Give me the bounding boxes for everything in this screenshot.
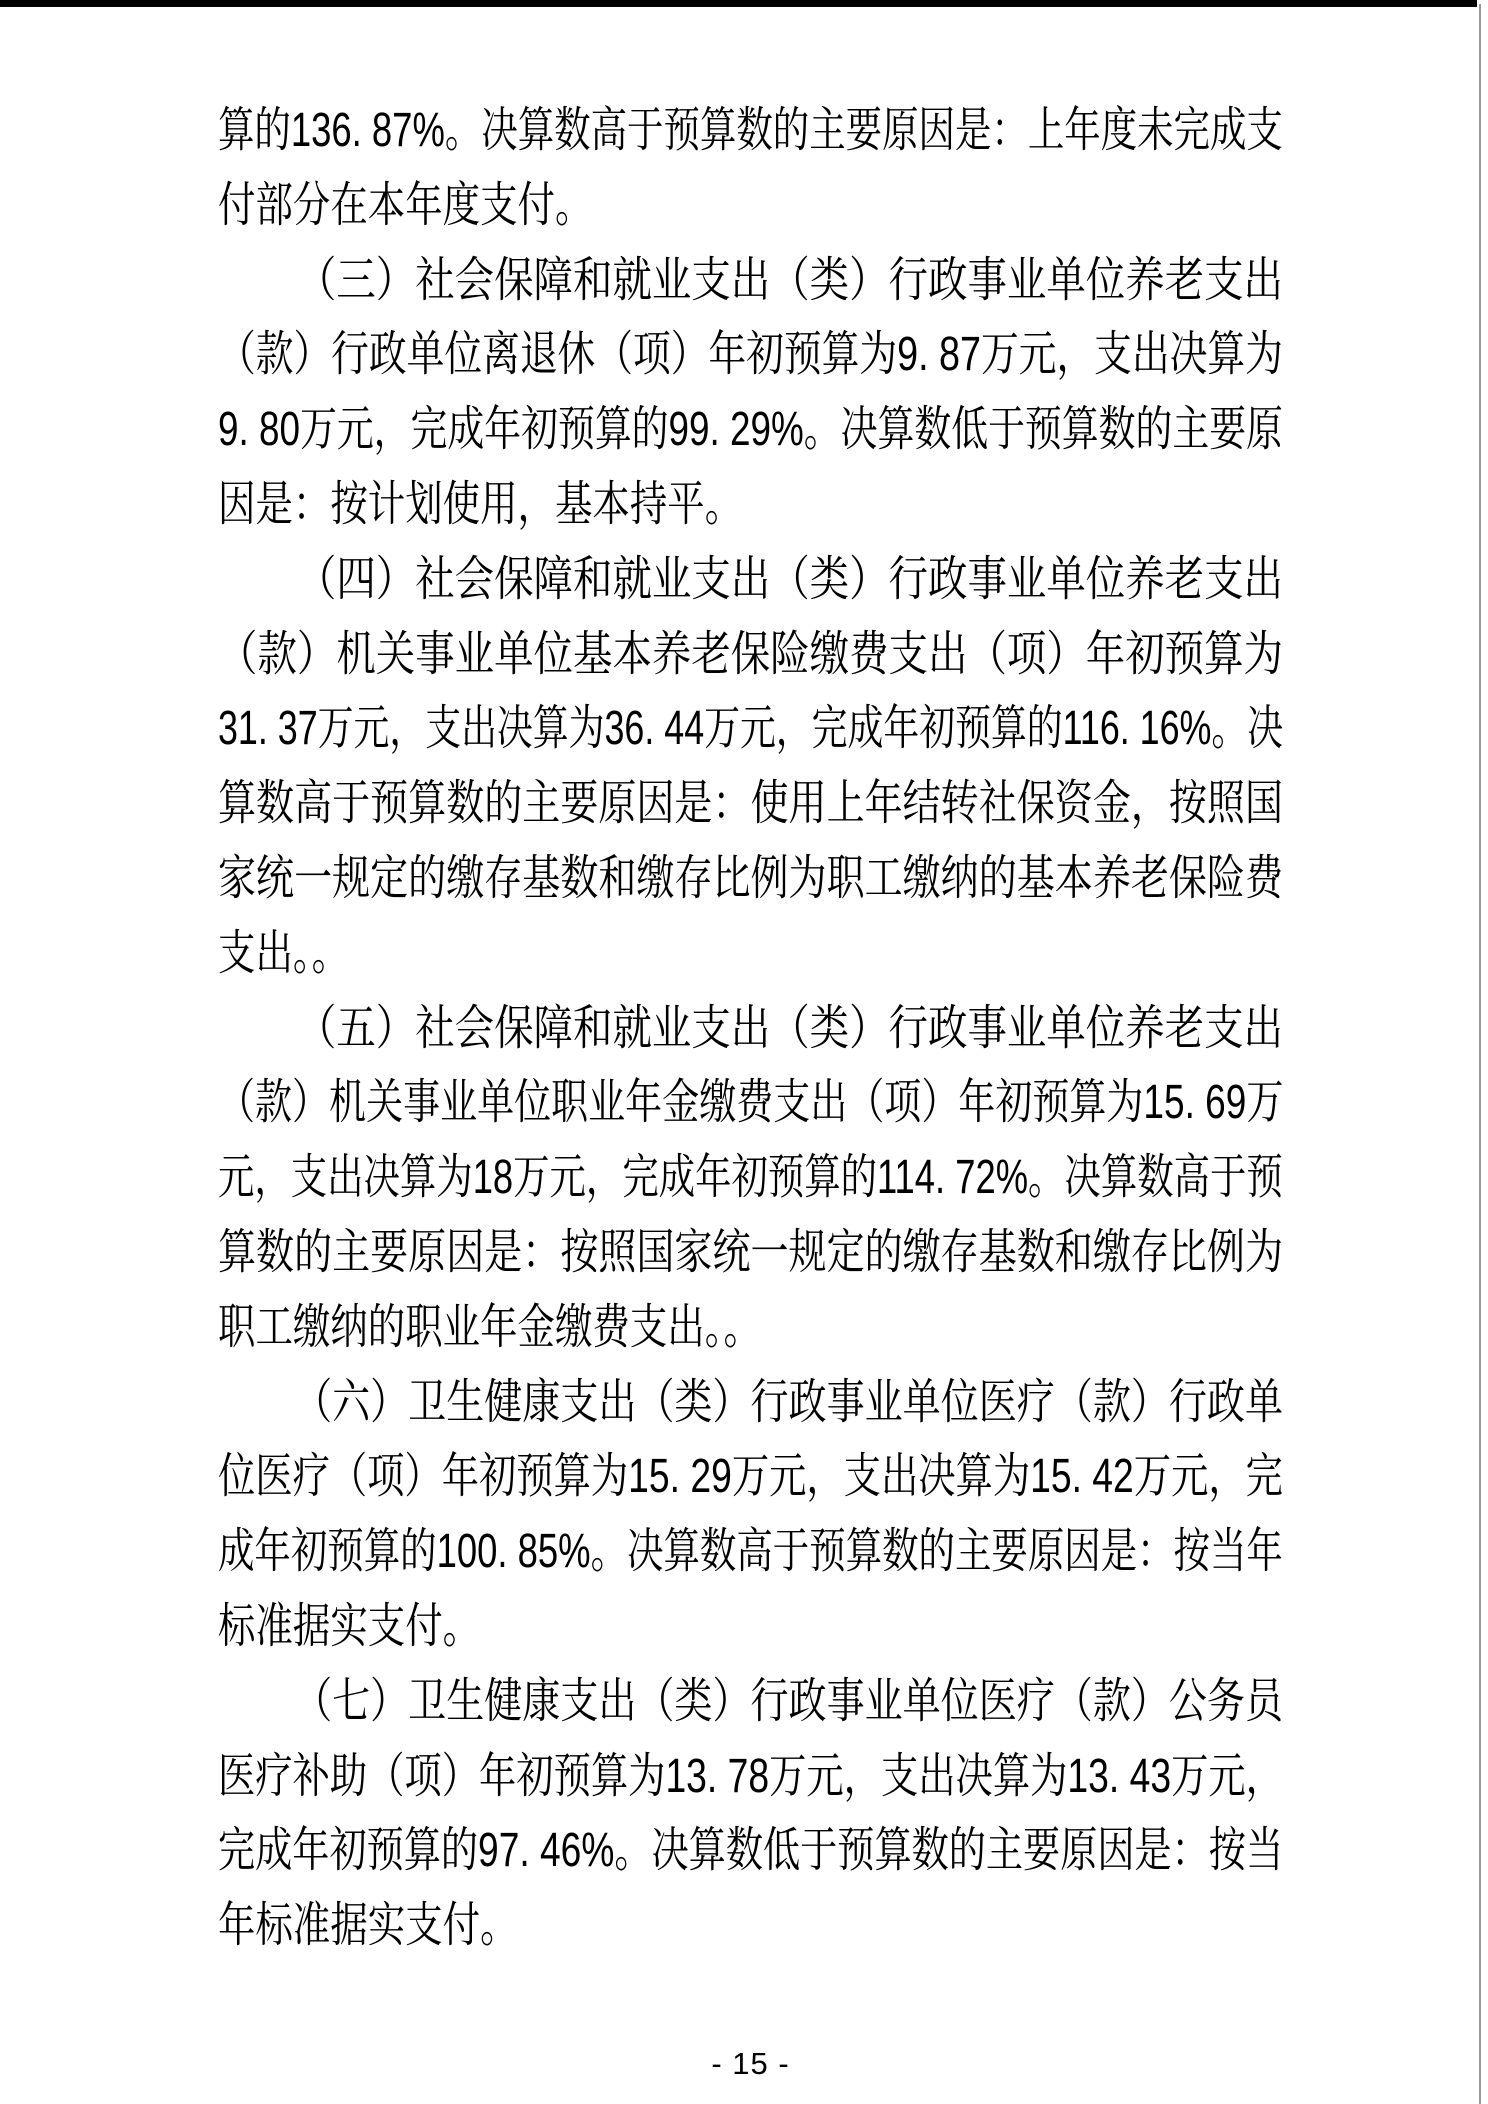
text-line-content: 付部分在本年度支付。 [218,169,592,244]
document-page: 算的136. 87%。决算数高于预算数的主要原因是：上年度未完成支付部分在本年度… [0,0,1488,2104]
text-line-content: 算的136. 87%。决算数高于预算数的主要原因是：上年度未完成支 [218,94,1283,169]
text-line-content: 完成年初预算的97. 46%。决算数低于预算数的主要原因是：按当 [218,1814,1283,1889]
text-line: （四）社会保障和就业支出（类）行政事业单位养老支出 [218,543,1283,618]
text-line-content: （五）社会保障和就业支出（类）行政事业单位养老支出 [218,992,1283,1067]
text-line: （五）社会保障和就业支出（类）行政事业单位养老支出 [218,992,1283,1067]
text-line-content: （款）机关事业单位职业年金缴费支出（项）年初预算为15. 69万 [218,1066,1283,1141]
page-number: - 15 - [218,2046,1283,2082]
text-line-content: 标准据实支付。 [218,1590,480,1665]
page-top-edge-bar [0,0,1477,7]
text-line: 算数高于预算数的主要原因是：使用上年结转社保资金，按照国 [218,767,1283,842]
text-line-content: （款）行政单位离退休（项）年初预算为9. 87万元，支出决算为 [218,318,1283,393]
text-line: （七）卫生健康支出（类）行政事业单位医疗（款）公务员 [218,1665,1283,1740]
text-line: （款）行政单位离退休（项）年初预算为9. 87万元，支出决算为 [218,318,1283,393]
text-line: 年标准据实支付。 [218,1889,1283,1964]
text-line: 成年初预算的100. 85%。决算数高于预算数的主要原因是：按当年 [218,1515,1283,1590]
text-line-content: 算数的主要原因是：按照国家统一规定的缴存基数和缴存比例为 [218,1216,1283,1291]
text-line-content: 职工缴纳的职业年金缴费支出。。 [218,1291,761,1366]
text-line-content: 9. 80万元，完成年初预算的99. 29%。决算数低于预算数的主要原 [218,393,1283,468]
text-line: （款）机关事业单位基本养老保险缴费支出（项）年初预算为 [218,618,1283,693]
text-line: （三）社会保障和就业支出（类）行政事业单位养老支出 [218,244,1283,319]
text-line-content: 31. 37万元，支出决算为36. 44万元，完成年初预算的116. 16%。决 [218,692,1283,767]
text-line-content: （六）卫生健康支出（类）行政事业单位医疗（款）行政单 [218,1366,1283,1441]
text-line-content: 医疗补助（项）年初预算为13. 78万元，支出决算为13. 43万元， [218,1740,1283,1815]
text-line: （款）机关事业单位职业年金缴费支出（项）年初预算为15. 69万 [218,1066,1283,1141]
text-line: 31. 37万元，支出决算为36. 44万元，完成年初预算的116. 16%。决 [218,692,1283,767]
text-line-content: 成年初预算的100. 85%。决算数高于预算数的主要原因是：按当年 [218,1515,1283,1590]
page-right-edge-line [1479,4,1481,2104]
text-line-content: 因是：按计划使用，基本持平。 [218,468,742,543]
text-line: 算数的主要原因是：按照国家统一规定的缴存基数和缴存比例为 [218,1216,1283,1291]
text-line: 职工缴纳的职业年金缴费支出。。 [218,1291,1283,1366]
text-line-content: 算数高于预算数的主要原因是：使用上年结转社保资金，按照国 [218,767,1283,842]
text-line: 算的136. 87%。决算数高于预算数的主要原因是：上年度未完成支 [218,94,1283,169]
text-line: （六）卫生健康支出（类）行政事业单位医疗（款）行政单 [218,1366,1283,1441]
text-line: 家统一规定的缴存基数和缴存比例为职工缴纳的基本养老保险费 [218,842,1283,917]
text-line: 因是：按计划使用，基本持平。 [218,468,1283,543]
text-line-content: 年标准据实支付。 [218,1889,518,1964]
text-line-content: 位医疗（项）年初预算为15. 29万元，支出决算为15. 42万元，完 [218,1440,1283,1515]
text-line: 位医疗（项）年初预算为15. 29万元，支出决算为15. 42万元，完 [218,1440,1283,1515]
text-line-content: 家统一规定的缴存基数和缴存比例为职工缴纳的基本养老保险费 [218,842,1283,917]
text-line: 9. 80万元，完成年初预算的99. 29%。决算数低于预算数的主要原 [218,393,1283,468]
text-line-content: （七）卫生健康支出（类）行政事业单位医疗（款）公务员 [218,1665,1283,1740]
text-line: 医疗补助（项）年初预算为13. 78万元，支出决算为13. 43万元， [218,1740,1283,1815]
text-line: 支出。。 [218,917,1283,992]
text-line: 元，支出决算为18万元，完成年初预算的114. 72%。决算数高于预 [218,1141,1283,1216]
text-line: 标准据实支付。 [218,1590,1283,1665]
text-line-content: 支出。。 [218,917,349,992]
text-line-content: （款）机关事业单位基本养老保险缴费支出（项）年初预算为 [218,618,1283,693]
text-line-content: （四）社会保障和就业支出（类）行政事业单位养老支出 [218,543,1283,618]
text-line-content: （三）社会保障和就业支出（类）行政事业单位养老支出 [218,244,1283,319]
document-body: 算的136. 87%。决算数高于预算数的主要原因是：上年度未完成支付部分在本年度… [218,94,1283,1964]
text-line-content: 元，支出决算为18万元，完成年初预算的114. 72%。决算数高于预 [218,1141,1283,1216]
text-line: 付部分在本年度支付。 [218,169,1283,244]
text-line: 完成年初预算的97. 46%。决算数低于预算数的主要原因是：按当 [218,1814,1283,1889]
